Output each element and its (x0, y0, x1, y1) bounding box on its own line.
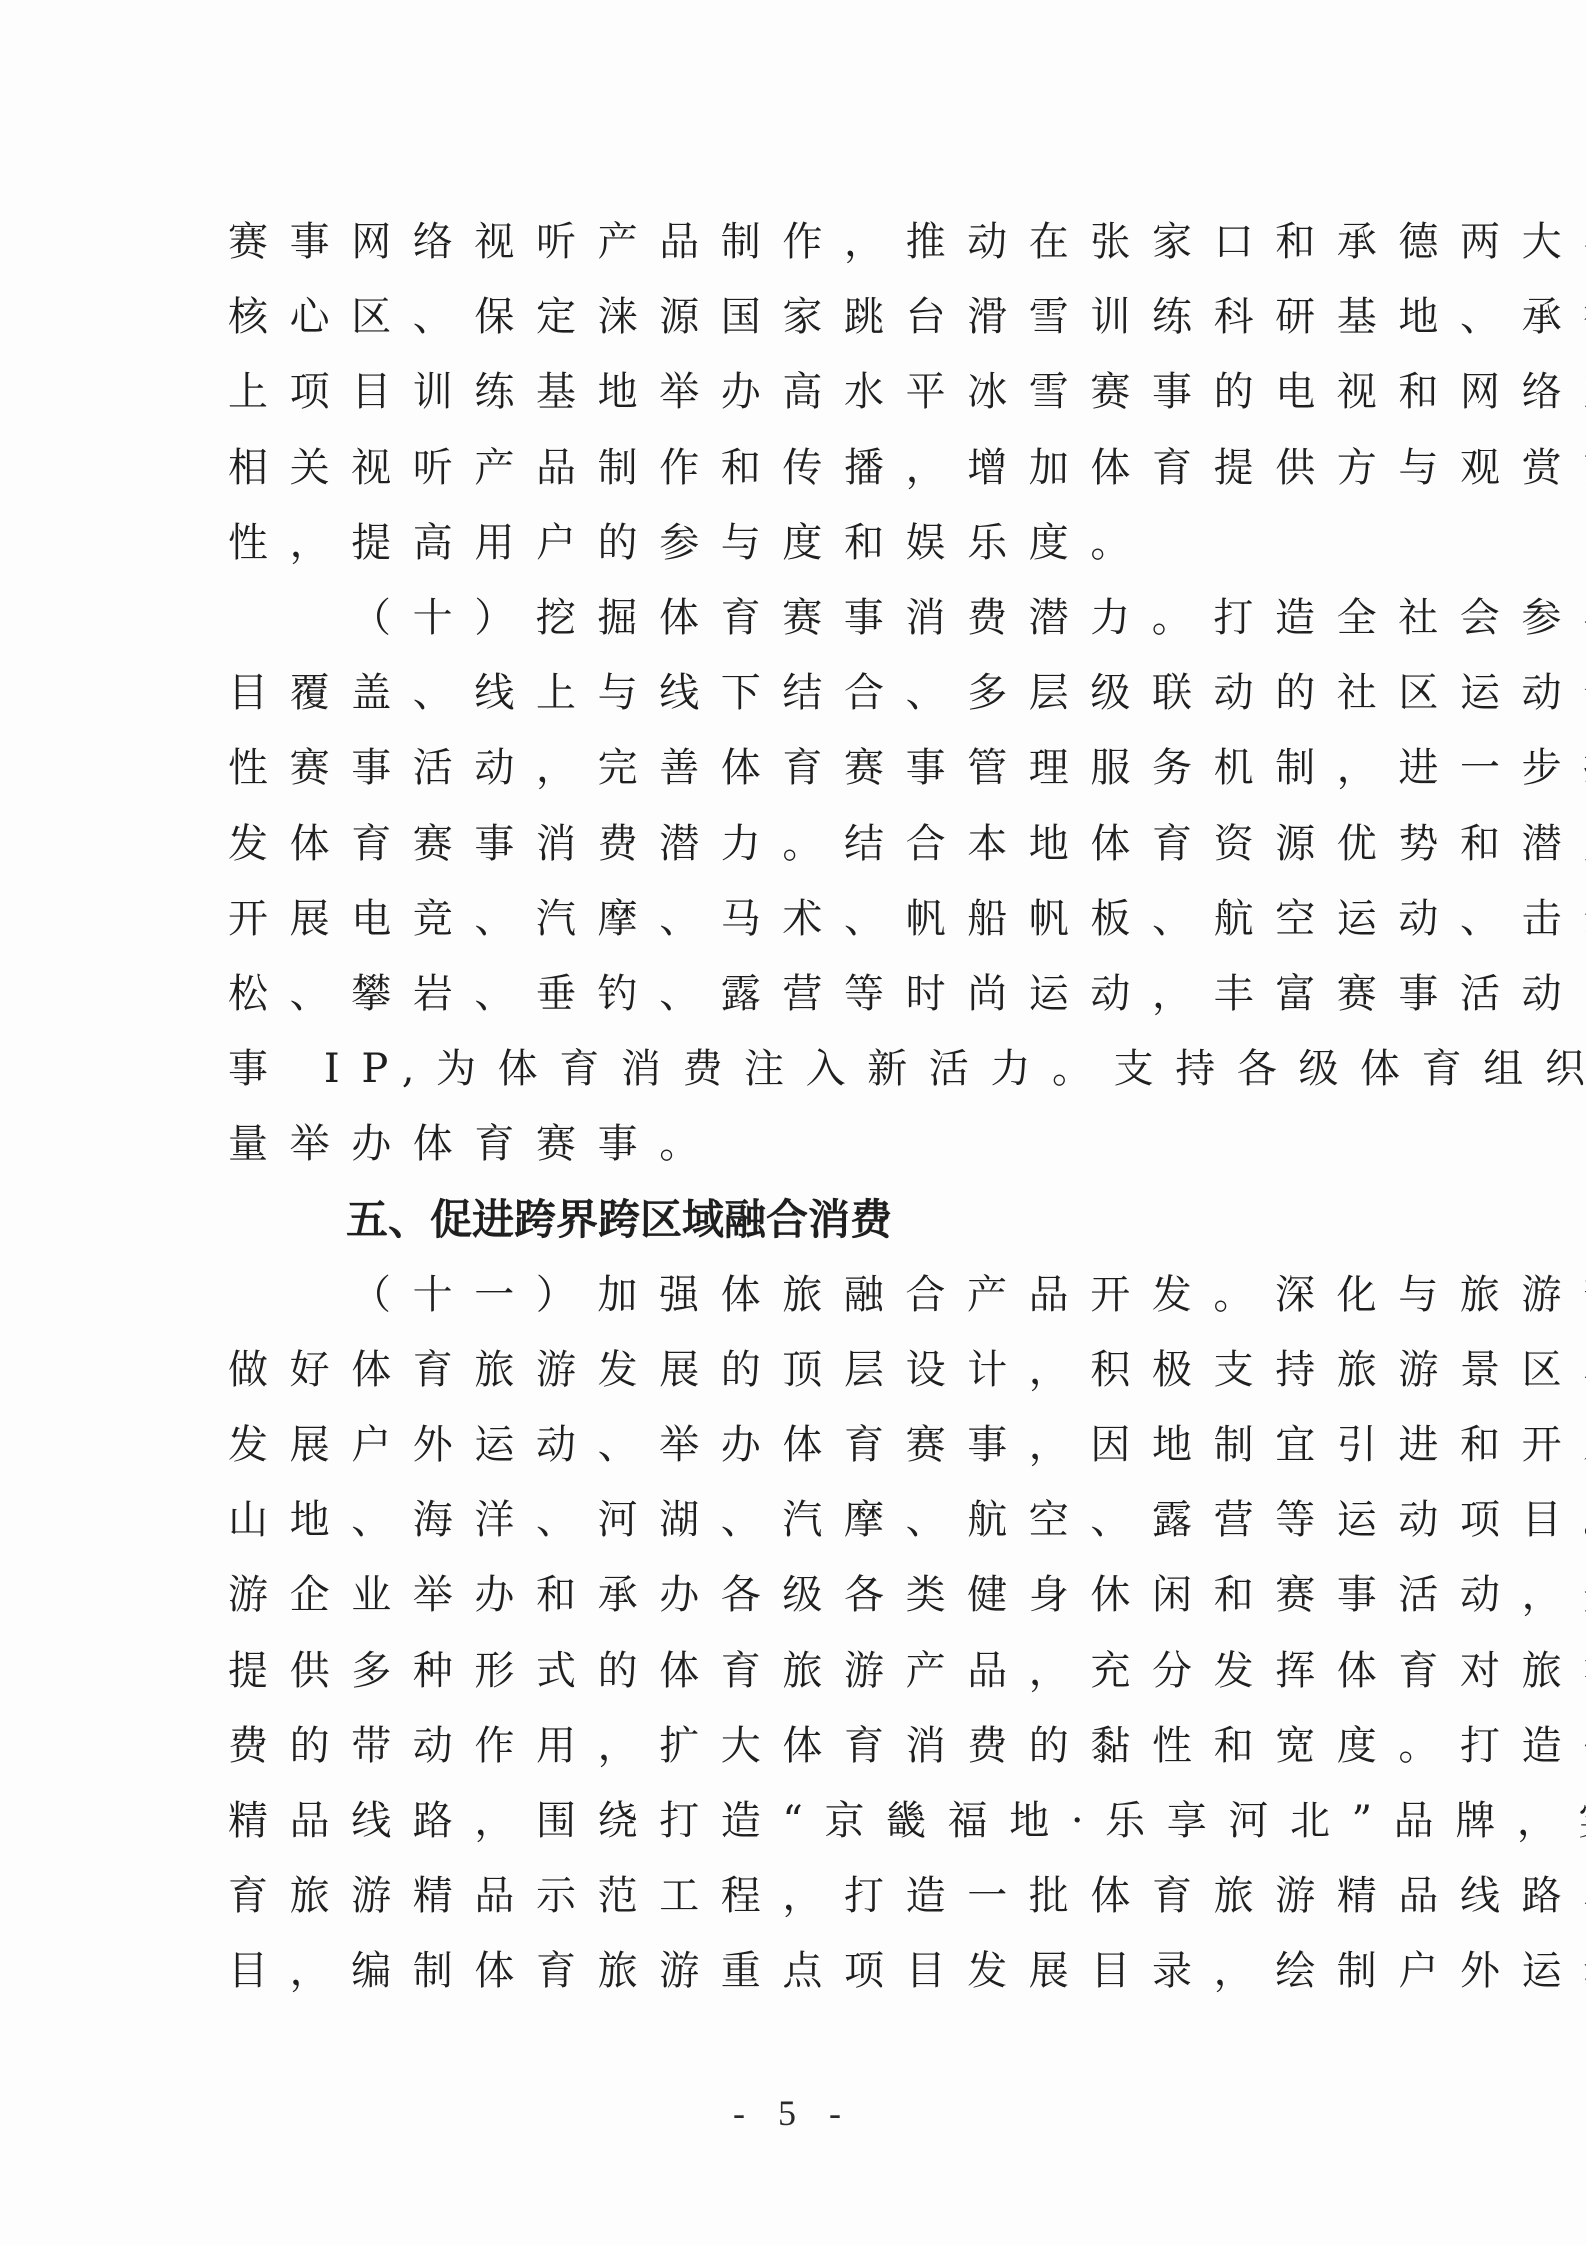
text-line: 开展电竞、汽摩、马术、帆船帆板、航空运动、击剑、马拉 (228, 882, 1343, 957)
text-run: 打造全社会参与、多项 (1213, 595, 1586, 641)
text-line: 发展户外运动、举办体育赛事，因地制宜引进和开发冰雪、 (228, 1408, 1343, 1483)
text-line: 游企业举办和承办各级各类健身休闲和赛事活动，开发设计 (228, 1558, 1343, 1633)
paragraph-9-continuation: 赛事网络视听产品制作，推动在张家口和承德两大冰雪赛事 核心区、保定涞源国家跳台滑… (228, 205, 1343, 581)
text-line: 目，编制体育旅游重点项目发展目录，绘制户外运动和体育 (228, 1934, 1343, 2009)
text-run: 深化与旅游部门协作， (1275, 1272, 1586, 1318)
text-line: 发体育赛事消费潜力。结合本地体育资源优势和潜力，积极 (228, 807, 1343, 882)
paragraph-11: （十一）加强体旅融合产品开发。深化与旅游部门协作， 做好体育旅游发展的顶层设计，… (228, 1258, 1343, 2010)
text-line: 相关视听产品制作和传播，增加体育提供方与观赏方的互动 (228, 431, 1343, 506)
text-line: 育旅游精品示范工程，打造一批体育旅游精品线路、精品项 (228, 1859, 1343, 1934)
text-line: 提供多种形式的体育旅游产品，充分发挥体育对旅游关联消 (228, 1634, 1343, 1709)
paragraph-first-line: （十一）加强体旅融合产品开发。深化与旅游部门协作， (228, 1258, 1343, 1333)
paragraph-first-line: （十）挖掘体育赛事消费潜力。打造全社会参与、多项 (228, 581, 1343, 656)
section-heading: 五、促进跨界跨区域融合消费 (228, 1182, 1343, 1257)
text-line: 做好体育旅游发展的顶层设计，积极支持旅游景区、度假区 (228, 1333, 1343, 1408)
text-line: 核心区、保定涞源国家跳台滑雪训练科研基地、承德国家雪 (228, 280, 1343, 355)
text-line: 费的带动作用，扩大体育消费的黏性和宽度。打造体育旅游 (228, 1709, 1343, 1784)
text-line: 山地、海洋、河湖、汽摩、航空、露营等运动项目。支持旅 (228, 1483, 1343, 1558)
paragraph-10: （十）挖掘体育赛事消费潜力。打造全社会参与、多项 目覆盖、线上与线下结合、多层级… (228, 581, 1343, 1183)
text-line: 精品线路，围绕打造“京畿福地·乐享河北”品牌，实施体 (228, 1784, 1343, 1859)
paragraph-lead-title: （十一）加强体旅融合产品开发。 (351, 1272, 1275, 1318)
text-line: 松、攀岩、垂钓、露营等时尚运动，丰富赛事活动，培育赛 (228, 957, 1343, 1032)
text-line: 目覆盖、线上与线下结合、多层级联动的社区运动会和群众 (228, 656, 1343, 731)
text-line: 事 IP,为体育消费注入新活力。支持各级体育组织和社会力 (228, 1032, 1343, 1107)
text-line: 性赛事活动，完善体育赛事管理服务机制，进一步挖掘和激 (228, 731, 1343, 806)
page-number: - 5 - (0, 2092, 1586, 2134)
paragraph-lead-title: （十）挖掘体育赛事消费潜力。 (351, 595, 1213, 641)
text-line: 上项目训练基地举办高水平冰雪赛事的电视和网络直播以及 (228, 355, 1343, 430)
text-line: 赛事网络视听产品制作，推动在张家口和承德两大冰雪赛事 (228, 205, 1343, 280)
text-line: 性，提高用户的参与度和娱乐度。 (228, 506, 1343, 581)
text-line: 量举办体育赛事。 (228, 1107, 1343, 1182)
document-page: 赛事网络视听产品制作，推动在张家口和承德两大冰雪赛事 核心区、保定涞源国家跳台滑… (228, 205, 1343, 2010)
